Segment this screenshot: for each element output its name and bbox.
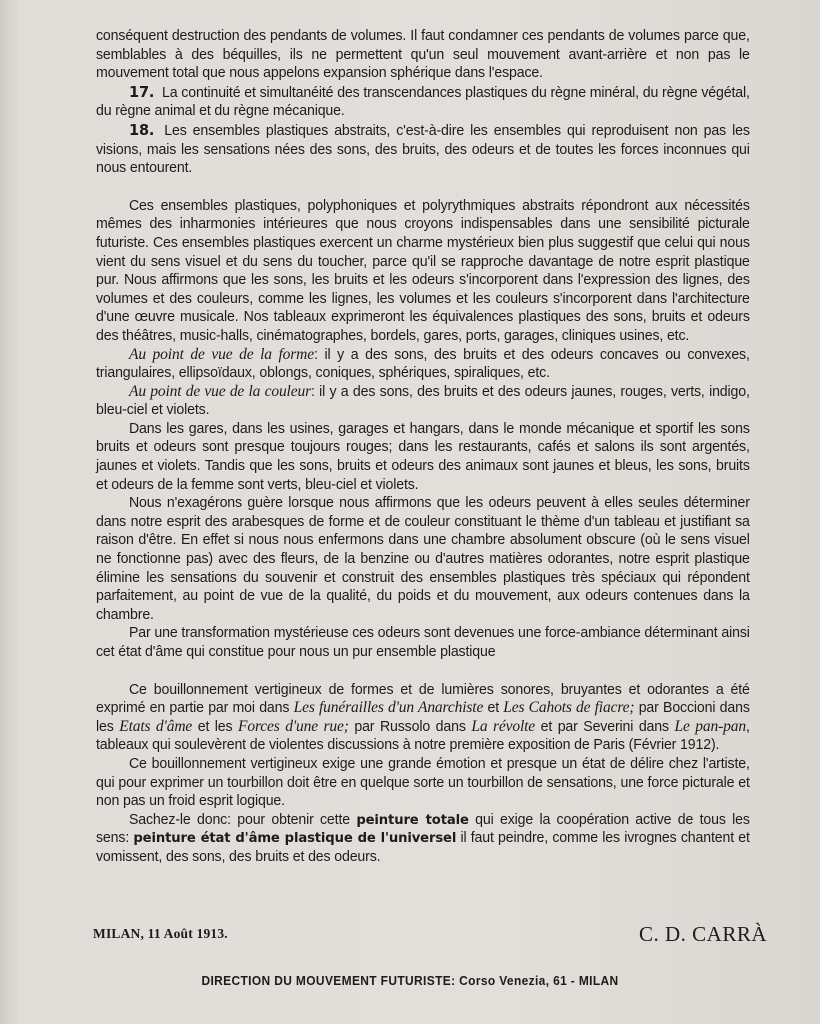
footer-label: DIRECTION DU MOUVEMENT FUTURISTE: xyxy=(201,973,455,988)
artwork-title: Forces d'une rue; xyxy=(238,718,349,735)
paragraph-emotion: Ce bouillonnement vertigineux exige une … xyxy=(96,755,750,811)
emphasis-text: peinture état d'âme plastique de l'unive… xyxy=(133,830,456,846)
paragraph-17: 17. La continuité et simultanéité des tr… xyxy=(96,83,750,121)
paragraph-continuation: conséquent destruction des pendants de v… xyxy=(96,27,750,83)
place-date: MILAN, 11 Août 1913. xyxy=(93,926,228,942)
paragraph-text: et les xyxy=(192,719,238,735)
paragraph-text: Les ensembles plastiques abstraits, c'es… xyxy=(96,123,750,176)
paragraph-text: Sachez-le donc: pour obtenir cette xyxy=(129,812,356,828)
paragraph-text: et par Severini dans xyxy=(535,719,674,735)
paragraph-conclusion: Sachez-le donc: pour obtenir cette peint… xyxy=(96,811,750,867)
spacer xyxy=(96,178,750,197)
paragraph-couleur: Au point de vue de la couleur: il y a de… xyxy=(96,383,750,420)
spacer xyxy=(96,662,750,681)
artwork-title: Les funérailles d'un Anarchiste xyxy=(294,699,484,716)
paragraph-text: et xyxy=(483,700,503,716)
emphasis-text: peinture totale xyxy=(356,812,468,828)
artwork-title: Les Cahots de fiacre; xyxy=(503,699,634,716)
paragraph-18: 18. Les ensembles plastiques abstraits, … xyxy=(96,121,750,178)
footer-street: Corso Venezia, 61 - MILAN xyxy=(459,973,618,988)
paragraph-forme: Au point de vue de la forme: il y a des … xyxy=(96,346,750,383)
paragraph-odeurs: Nous n'exagérons guère lorsque nous affi… xyxy=(96,494,750,624)
footer-address: DIRECTION DU MOUVEMENT FUTURISTE: Corso … xyxy=(33,973,787,988)
artwork-title: Etats d'âme xyxy=(119,718,192,735)
signature-row: MILAN, 11 Août 1913. C. D. CARRÀ xyxy=(93,922,773,952)
item-number: 18. xyxy=(129,121,154,139)
italic-lead: Au point de vue de la couleur xyxy=(129,383,311,400)
paragraph-bouillonnement: Ce bouillonnement vertigineux de formes … xyxy=(96,681,750,755)
author-signature: C. D. CARRÀ xyxy=(639,922,767,947)
artwork-title: La révolte xyxy=(471,718,535,735)
italic-lead: Au point de vue de la forme xyxy=(129,346,314,363)
manifesto-body: conséquent destruction des pendants de v… xyxy=(96,27,750,867)
paragraph-transformation: Par une transformation mystérieuse ces o… xyxy=(96,624,750,661)
paragraph-gares: Dans les gares, dans les usines, garages… xyxy=(96,420,750,494)
paragraph-ensembles: Ces ensembles plastiques, polyphoniques … xyxy=(96,197,750,346)
paragraph-text: La continuité et simultanéité des transc… xyxy=(96,85,750,120)
paragraph-text: par Russolo dans xyxy=(349,719,472,735)
artwork-title: Le pan-pan xyxy=(675,718,746,735)
item-number: 17. xyxy=(129,83,154,101)
